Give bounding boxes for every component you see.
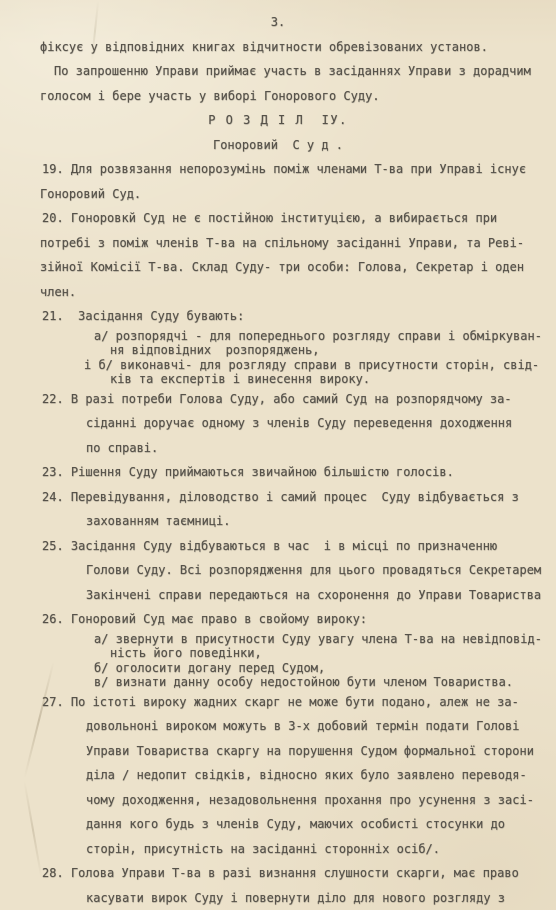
text-line: сторін, присутність на засіданні сторонн… [0, 837, 556, 862]
document-page: 3. фіксує у відповідних книгах відчитнос… [0, 0, 556, 910]
text-line: 21. Засідання Суду бувають: [0, 304, 556, 329]
text-line: 27. По істоті вироку жадних скарг не мож… [0, 690, 556, 715]
text-line: ня відповідних розпоряджень, [0, 343, 556, 358]
text-line: Голови Суду. Всі розпорядження для цього… [0, 558, 556, 583]
text-line: потребі з поміж членів Т-ва на спільному… [0, 231, 556, 256]
text-line: 19. Для розвязання непорозумінь поміж чл… [0, 157, 556, 182]
text-line: 23. Рішення Суду приймаються звичайною б… [0, 460, 556, 485]
text-line: Гоноровий Суд. [0, 182, 556, 207]
text-line: довольноні вироком можуть в 3-х добовий … [0, 714, 556, 739]
text-line: і б/ виконавчі- для розгляду справи в пр… [0, 358, 556, 373]
text-line: Управи Товариства скаргу на порушення Су… [0, 739, 556, 764]
text-line: ність його поведінки, [0, 646, 556, 661]
text-line: а/ розпорядчі - для попереднього розгляд… [0, 329, 556, 344]
text-line: 26. Гоноровий Суд має право в свойому ви… [0, 607, 556, 632]
text-line: 28. Голова Управи Т-ва в разі визнання с… [0, 861, 556, 886]
text-line: захованням таємниці. [0, 509, 556, 534]
text-line: 25. Засідання Суду відбуваються в час і … [0, 534, 556, 559]
text-line: зійної Комісії Т-ва. Склад Суду- три осо… [0, 255, 556, 280]
text-line: діла / недопит свідків, відносно яких бу… [0, 763, 556, 788]
text-line: касувати вирок Суду і повернути діло для… [0, 886, 556, 910]
statute-items: 19. Для розвязання непорозумінь поміж чл… [0, 157, 556, 910]
text-line: 24. Перевідування, діловодство і самий п… [0, 485, 556, 510]
pre-chapter-paragraphs: фіксує у відповідних книгах відчитности … [0, 35, 556, 109]
text-line: фіксує у відповідних книгах відчитности … [0, 35, 556, 60]
text-line: 20. Гоноровкй Суд не є постійною інститу… [0, 206, 556, 231]
page-number: 3. [0, 10, 556, 35]
text-line: По запрошенню Управи приймає участь в за… [0, 59, 556, 84]
text-line: а/ звернути в присутности Суду увагу чле… [0, 632, 556, 647]
text-line: б/ оголосити догану перед Судом, [0, 661, 556, 676]
text-line: в/ визнати данну особу недостойною бути … [0, 675, 556, 690]
text-line: чому доходження, незадовольнення проханн… [0, 788, 556, 813]
section-heading: Гоноровий С у д . [0, 133, 556, 158]
text-line: голосом і бере участь у виборі Гоноровог… [0, 84, 556, 109]
text-line: 22. В разі потреби Голова Суду, або сами… [0, 387, 556, 412]
text-line: по справі. [0, 436, 556, 461]
text-line: дання кого будь з членів Суду, маючих ос… [0, 812, 556, 837]
text-line: член. [0, 280, 556, 305]
chapter-heading: Р О З Д І Л ІУ. [0, 108, 556, 133]
text-line: Закінчені справи передаються на схоронен… [0, 583, 556, 608]
text-line: ків та експертів і винесення вироку. [0, 372, 556, 387]
text-line: сіданні доручає одному з членів Суду пер… [0, 411, 556, 436]
